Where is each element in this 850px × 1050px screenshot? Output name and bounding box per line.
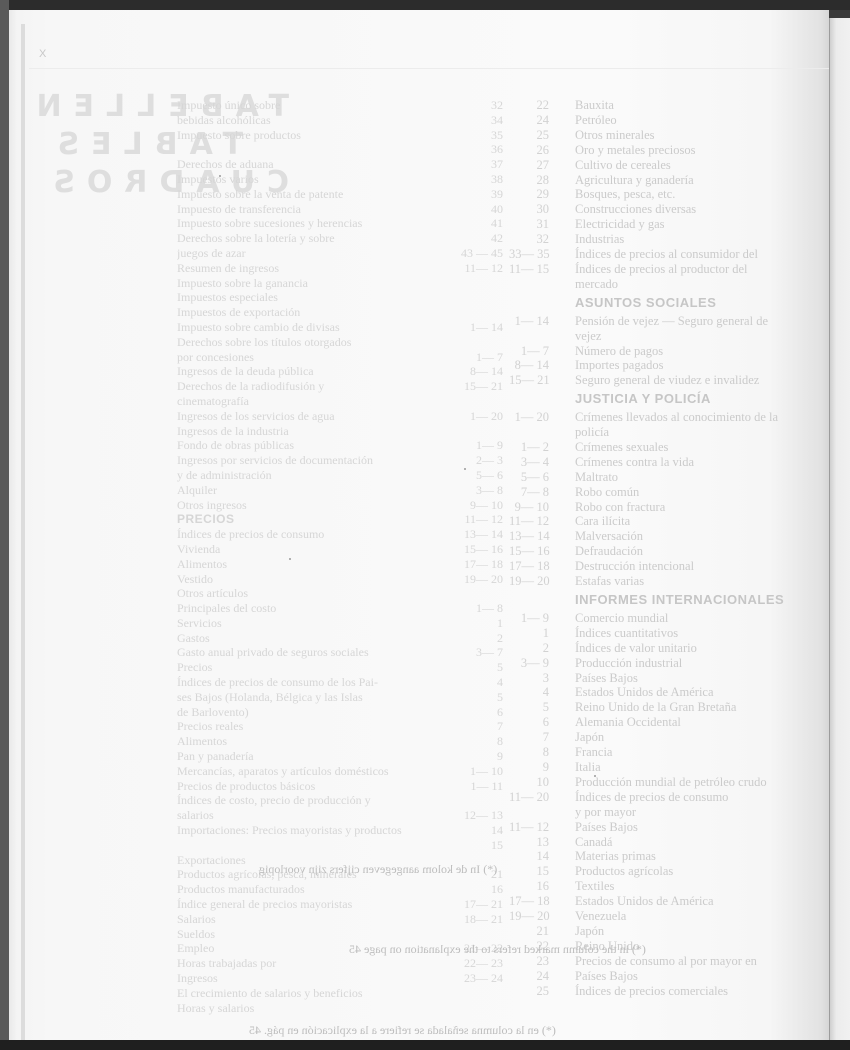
bleed-through-note: (*) en la columna señalada se refiere a … xyxy=(249,1023,556,1038)
entry-text: Índices cuantitativos xyxy=(575,626,678,640)
entry-text: Precios reales xyxy=(177,719,243,733)
entry-label: Índice general de precios mayoristas xyxy=(177,897,443,912)
index-entry: Países Bajos3 xyxy=(509,671,829,686)
entry-label: Índices de precios de consumo xyxy=(177,527,443,542)
entry-text: Defraudación xyxy=(575,544,643,558)
entry-text: Materias primas xyxy=(575,849,656,863)
entry-table-number: 1— 20 xyxy=(509,410,575,425)
entry-table-number: 7 xyxy=(509,730,575,745)
entry-table-number: 2— 3 xyxy=(443,453,507,468)
index-entry: Servicios1 xyxy=(177,616,507,631)
entry-text: Servicios xyxy=(177,616,222,630)
scan-speck xyxy=(289,558,291,560)
entry-text: Pensión de vejez — Seguro general de xyxy=(575,314,768,328)
index-entry: Salarios18— 21 xyxy=(177,912,507,927)
index-entry: Vestido19— 20 xyxy=(177,572,507,587)
entry-text: Impuesto sobre la venta de patente xyxy=(177,187,343,201)
index-entry: Ingresos de los servicios de agua1— 20 xyxy=(177,409,507,424)
entry-label: Francia xyxy=(575,745,829,760)
entry-table-number xyxy=(509,388,575,410)
entry-label: Materias primas xyxy=(575,849,829,864)
entry-label: Bauxita xyxy=(575,98,829,113)
entry-text: Vivienda xyxy=(177,542,220,556)
index-entry: Industrias32 xyxy=(509,232,829,247)
entry-table-number: 42 xyxy=(443,231,507,246)
entry-table-number: 32 xyxy=(443,98,507,113)
entry-table-number: 17— 21 xyxy=(443,897,507,912)
entry-label: Salarios xyxy=(177,912,443,927)
entry-table-number: 3 xyxy=(509,671,575,686)
entry-label xyxy=(177,838,443,853)
entry-text: Seguro general de viudez e invalidez xyxy=(575,373,759,387)
entry-table-number: 1— 2 xyxy=(509,440,575,455)
entry-table-number: 18— 21 xyxy=(443,912,507,927)
entry-text: Alimentos xyxy=(177,734,227,748)
entry-label: y por mayor xyxy=(575,805,829,820)
entry-text: Impuesto de transferencia xyxy=(177,202,301,216)
entry-label: Alimentos xyxy=(177,557,443,572)
entry-label: Venezuela xyxy=(575,909,829,924)
entry-table-number: 15— 16 xyxy=(443,542,507,557)
entry-label: Estados Unidos de América xyxy=(575,685,829,700)
entry-label: Japón xyxy=(575,924,829,939)
entry-text: Textiles xyxy=(575,879,614,893)
index-entry: Fondo de obras públicas1— 9 xyxy=(177,438,507,453)
entry-table-number: 19— 20 xyxy=(509,574,575,589)
entry-text: Precios xyxy=(177,660,212,674)
index-entry: Ingresos de la industria xyxy=(177,424,507,439)
entry-label: Índices de precios al consumidor del xyxy=(575,247,829,262)
entry-table-number: 2 xyxy=(443,631,507,646)
index-entry: Alquiler3— 8 xyxy=(177,483,507,498)
entry-label: Italia xyxy=(575,760,829,775)
entry-text: Otros artículos xyxy=(177,586,248,600)
entry-table-number: 7— 8 xyxy=(509,485,575,500)
entry-table-number: 25 xyxy=(509,128,575,143)
index-entry: de Barlovento)6 xyxy=(177,705,507,720)
entry-table-number: 1— 14 xyxy=(443,320,507,335)
entry-label: Ingresos de la deuda pública xyxy=(177,364,443,379)
entry-label: y de administración xyxy=(177,468,443,483)
entry-text: Estados Unidos de América xyxy=(575,685,714,699)
entry-text: Países Bajos xyxy=(575,969,638,983)
entry-label: Comercio mundial xyxy=(575,611,829,626)
index-entry: Países Bajos11— 12 xyxy=(509,820,829,835)
index-entry: Defraudación15— 16 xyxy=(509,544,829,559)
entry-text: Índices de valor unitario xyxy=(575,641,697,655)
entry-label: Construcciones diversas xyxy=(575,202,829,217)
entry-label: Otros artículos xyxy=(177,586,443,601)
entry-table-number: 15— 21 xyxy=(443,379,507,394)
index-entry: Horas trabajadas por22— 23 xyxy=(177,956,507,971)
index-entry: Ingresos23— 24 xyxy=(177,971,507,986)
entry-text: Resumen de ingresos xyxy=(177,261,279,275)
section-heading: III.PRECIOS11— 12 xyxy=(177,512,507,527)
entry-table-number: 27 xyxy=(509,158,575,173)
entry-table-number xyxy=(509,292,575,314)
entry-label: Derechos de la radiodifusión y xyxy=(177,379,443,394)
index-entry: Otros ingresos9— 10 xyxy=(177,498,507,513)
entry-table-number: 1— 14 xyxy=(509,314,575,329)
entry-table-number xyxy=(509,589,575,611)
index-entry: Pensión de vejez — Seguro general de1— 1… xyxy=(509,314,829,329)
section-heading: VI.JUSTICIA Y POLICÍA xyxy=(509,388,829,410)
entry-label: Alemania Occidental xyxy=(575,715,829,730)
index-entry: Impuesto sobre cambio de divisas1— 14 xyxy=(177,320,507,335)
index-entry: Precios reales7 xyxy=(177,719,507,734)
index-entry: Japón7 xyxy=(509,730,829,745)
entry-label: Alimentos xyxy=(177,734,443,749)
entry-label: Índices de precios de consumo de los Pai… xyxy=(177,675,443,690)
bleed-through-note: (*) in the column marked refers to the e… xyxy=(349,942,646,957)
entry-table-number: 9— 10 xyxy=(509,500,575,515)
index-entry: Productos manufacturados16 xyxy=(177,882,507,897)
index-entry: Impuestos varios38 xyxy=(177,172,507,187)
index-entry: Japón21 xyxy=(509,924,829,939)
entry-label: Productos agrícolas xyxy=(575,864,829,879)
index-entry: Índices de costo, precio de producción y xyxy=(177,793,507,808)
entry-label: Ingresos de la industria xyxy=(177,424,443,439)
entry-label: Precios de productos básicos xyxy=(177,779,443,794)
entry-table-number: 1— 8 xyxy=(443,601,507,616)
index-entry: Pan y panadería9 xyxy=(177,749,507,764)
entry-text: Fondo de obras públicas xyxy=(177,438,294,452)
entry-text: Impuesto único sobre xyxy=(177,98,280,112)
index-entry: Sueldos xyxy=(177,927,507,942)
entry-text: Italia xyxy=(575,760,601,774)
entry-text: Principales del costo xyxy=(177,601,276,615)
entry-text: Ingresos de la industria xyxy=(177,424,289,438)
entry-label: Países Bajos xyxy=(575,969,829,984)
entry-text: Crímenes contra la vida xyxy=(575,455,694,469)
entry-label: Agricultura y ganadería xyxy=(575,173,829,188)
index-entry: Producción industrial3— 9 xyxy=(509,656,829,671)
index-entry: Índices de precios de consumo13— 14 xyxy=(177,527,507,542)
entry-table-number: 5— 6 xyxy=(509,470,575,485)
entry-table-number: 17— 18 xyxy=(443,557,507,572)
entry-table-number: 31 xyxy=(509,217,575,232)
entry-label: Cultivo de cereales xyxy=(575,158,829,173)
entry-label: Vivienda xyxy=(177,542,443,557)
scan-speck xyxy=(219,175,221,177)
entry-table-number xyxy=(443,927,507,942)
index-entry: y por mayor xyxy=(509,805,829,820)
entry-label: Precios xyxy=(177,660,443,675)
entry-label: por concesiones xyxy=(177,350,443,365)
entry-text: Impuestos varios xyxy=(177,172,259,186)
entry-label: Crímenes contra la vida xyxy=(575,455,829,470)
entry-table-number: 11— 12 xyxy=(443,261,507,276)
index-entry: Italia9 xyxy=(509,760,829,775)
index-entry: Importaciones: Precios mayoristas y prod… xyxy=(177,823,507,838)
entry-label: Maltrato xyxy=(575,470,829,485)
entry-text: policía xyxy=(575,425,609,439)
entry-table-number: 22 xyxy=(509,98,575,113)
entry-text: Cara ilícita xyxy=(575,514,630,528)
entry-label: Precios reales xyxy=(177,719,443,734)
entry-label: Número de pagos xyxy=(575,344,829,359)
entry-label: Cara ilícita xyxy=(575,514,829,529)
index-entry: por concesiones1— 7 xyxy=(177,350,507,365)
entry-text: Venezuela xyxy=(575,909,626,923)
entry-table-number: 1 xyxy=(443,616,507,631)
entry-table-number: 36 xyxy=(443,142,507,157)
index-entry: Impuesto de transferencia40 xyxy=(177,202,507,217)
index-entry: Principales del costo1— 8 xyxy=(177,601,507,616)
entry-table-number: 15 xyxy=(443,838,507,853)
index-entry: Horas y salarios xyxy=(177,1001,507,1016)
section-heading: V.ASUNTOS SOCIALES xyxy=(509,292,829,314)
index-entry: Importes pagados8— 14 xyxy=(509,358,829,373)
entry-label: Horas trabajadas por xyxy=(177,956,443,971)
index-entry: Cara ilícita11— 12 xyxy=(509,514,829,529)
entry-table-number: 6 xyxy=(443,705,507,720)
entry-text: Impuestos de exportación xyxy=(177,305,300,319)
index-entry: Derechos sobre la lotería y sobre42 xyxy=(177,231,507,246)
entry-label: Ingresos de los servicios de agua xyxy=(177,409,443,424)
entry-label: Crímenes llevados al conocimiento de la xyxy=(575,410,829,425)
entry-text: y de administración xyxy=(177,468,272,482)
index-entry: Derechos de aduana37 xyxy=(177,157,507,172)
entry-text: Alquiler xyxy=(177,483,217,497)
entry-table-number: 14 xyxy=(509,849,575,864)
entry-table-number: 8— 14 xyxy=(509,358,575,373)
entry-label: Índices cuantitativos xyxy=(575,626,829,641)
entry-table-number: 3— 4 xyxy=(509,455,575,470)
entry-table-number xyxy=(509,329,575,344)
entry-text: Malversación xyxy=(575,529,643,543)
next-page-edge xyxy=(829,18,850,1040)
index-entry: Construcciones diversas30 xyxy=(509,202,829,217)
entry-text: Canadá xyxy=(575,835,612,849)
entry-text: Estados Unidos de América xyxy=(575,894,714,908)
index-entry: Impuestos especiales xyxy=(177,290,507,305)
entry-text: Robo con fractura xyxy=(575,500,665,514)
index-entry: mercado xyxy=(509,277,829,292)
entry-table-number: 9 xyxy=(509,760,575,775)
index-entry: Alemania Occidental6 xyxy=(509,715,829,730)
index-entry: salarios12— 13 xyxy=(177,808,507,823)
entry-table-number: 15— 16 xyxy=(509,544,575,559)
index-entry: Cultivo de cereales27 xyxy=(509,158,829,173)
entry-label: salarios xyxy=(177,808,443,823)
entry-label: Producción mundial de petróleo crudo xyxy=(575,775,829,790)
index-entry: Impuesto sobre la ganancia xyxy=(177,276,507,291)
entry-label: Crímenes sexuales xyxy=(575,440,829,455)
entry-table-number: 3— 8 xyxy=(443,483,507,498)
entry-label: vejez xyxy=(575,329,829,344)
entry-table-number: 9— 10 xyxy=(443,498,507,513)
entry-text: Construcciones diversas xyxy=(575,202,696,216)
entry-table-number: 1 xyxy=(509,626,575,641)
entry-table-number: 33— 35 xyxy=(509,247,575,262)
entry-table-number: 13 xyxy=(509,835,575,850)
index-entry: Electricidad y gas31 xyxy=(509,217,829,232)
entry-label: juegos de azar xyxy=(177,246,443,261)
entry-text: y por mayor xyxy=(575,805,636,819)
entry-text: PRECIOS xyxy=(177,512,235,526)
entry-label: Robo con fractura xyxy=(575,500,829,515)
entry-table-number: 8 xyxy=(443,734,507,749)
index-entry: Crímenes sexuales1— 2 xyxy=(509,440,829,455)
entry-table-number xyxy=(509,805,575,820)
index-entry: Derechos sobre los títulos otorgados xyxy=(177,335,507,350)
entry-text: ses Bajos (Holanda, Bélgica y las Islas xyxy=(177,690,363,704)
index-entry: y de administración5— 6 xyxy=(177,468,507,483)
entry-text: Índices de precios al productor del xyxy=(575,262,748,276)
entry-label: Resumen de ingresos xyxy=(177,261,443,276)
right-index-column: Bauxita22Petróleo24Otros minerales25Oro … xyxy=(509,98,829,998)
entry-text: Cultivo de cereales xyxy=(575,158,671,172)
entry-text: Impuestos especiales xyxy=(177,290,278,304)
entry-label: Canadá xyxy=(575,835,829,850)
entry-text: Producción industrial xyxy=(575,656,682,670)
index-entry: Reino Unido de la Gran Bretaña5 xyxy=(509,700,829,715)
entry-label: VI.JUSTICIA Y POLICÍA xyxy=(575,388,829,410)
entry-text: Ingresos por servicios de documentación xyxy=(177,453,373,467)
entry-text: Índices de precios de consumo xyxy=(177,527,324,541)
entry-label: Impuestos especiales xyxy=(177,290,443,305)
index-entry: Robo con fractura9— 10 xyxy=(509,500,829,515)
entry-label: Ingresos xyxy=(177,971,443,986)
entry-label: Impuesto sobre cambio de divisas xyxy=(177,320,443,335)
entry-text: Reino Unido de la Gran Bretaña xyxy=(575,700,736,714)
entry-text: Índices de precios de consumo de los Pai… xyxy=(177,675,378,689)
entry-table-number: 13— 14 xyxy=(509,529,575,544)
index-entry: Estados Unidos de América4 xyxy=(509,685,829,700)
entry-text: Francia xyxy=(575,745,612,759)
entry-table-number: 23— 24 xyxy=(443,971,507,986)
entry-text: de Barlovento) xyxy=(177,705,249,719)
entry-table-number: 37 xyxy=(443,157,507,172)
entry-label: Índices de precios al productor del xyxy=(575,262,829,277)
entry-text: Alimentos xyxy=(177,557,227,571)
entry-text: Derechos de la radiodifusión y xyxy=(177,379,324,393)
index-entry: Materias primas14 xyxy=(509,849,829,864)
entry-label: Impuesto sobre la ganancia xyxy=(177,276,443,291)
entry-text: Derechos sobre los títulos otorgados xyxy=(177,335,351,349)
entry-text: Electricidad y gas xyxy=(575,217,665,231)
entry-table-number: 11— 12 xyxy=(509,820,575,835)
index-entry: Índices de precios al productor del11— 1… xyxy=(509,262,829,277)
page-number: X xyxy=(39,48,46,60)
entry-text: Índices de precios de consumo xyxy=(575,790,728,804)
entry-text: INFORMES INTERNACIONALES xyxy=(575,592,784,607)
entry-text: salarios xyxy=(177,808,214,822)
index-entry: Estados Unidos de América17— 18 xyxy=(509,894,829,909)
document-page: X TABELLEN TABLES CUADROS Impuesto único… xyxy=(9,10,829,1040)
index-entry: 15 xyxy=(177,838,507,853)
index-entry: 36 xyxy=(177,142,507,157)
index-entry: juegos de azar43 — 45 xyxy=(177,246,507,261)
index-entry: Índices de precios de consumo de los Pai… xyxy=(177,675,507,690)
entry-table-number: 5 xyxy=(443,690,507,705)
entry-table-number: 1— 10 xyxy=(443,764,507,779)
index-entry: Índices de precios de consumo11— 20 xyxy=(509,790,829,805)
entry-text: Horas trabajadas por xyxy=(177,956,276,970)
scan-border-bottom xyxy=(0,1040,850,1050)
entry-label: Fondo de obras públicas xyxy=(177,438,443,453)
entry-table-number: 1— 9 xyxy=(509,611,575,626)
index-entry: Oro y metales preciosos26 xyxy=(509,143,829,158)
index-entry: Venezuela19— 20 xyxy=(509,909,829,924)
index-entry: Países Bajos24 xyxy=(509,969,829,984)
entry-text: Ingresos de los servicios de agua xyxy=(177,409,335,423)
entry-label: Oro y metales preciosos xyxy=(575,143,829,158)
entry-text: Destrucción intencional xyxy=(575,559,694,573)
index-entry: Ingresos por servicios de documentación2… xyxy=(177,453,507,468)
entry-text: El crecimiento de salarios y beneficios xyxy=(177,986,363,1000)
entry-label: Mercancías, aparatos y artículos domésti… xyxy=(177,764,443,779)
entry-text: Robo común xyxy=(575,485,639,499)
index-entry: Precios5 xyxy=(177,660,507,675)
entry-table-number: 25 xyxy=(509,984,575,999)
entry-label: Importaciones: Precios mayoristas y prod… xyxy=(177,823,443,838)
entry-table-number: 39 xyxy=(443,187,507,202)
entry-table-number: 1— 9 xyxy=(443,438,507,453)
entry-label: Textiles xyxy=(575,879,829,894)
index-entry: policía xyxy=(509,425,829,440)
index-entry: Alimentos8 xyxy=(177,734,507,749)
scan-border-top xyxy=(0,0,850,10)
entry-label: Índices de precios comerciales xyxy=(575,984,829,999)
entry-label: Pan y panadería xyxy=(177,749,443,764)
entry-label: Otros ingresos xyxy=(177,498,443,513)
index-entry: Francia8 xyxy=(509,745,829,760)
entry-table-number: 1— 20 xyxy=(443,409,507,424)
index-entry: Destrucción intencional17— 18 xyxy=(509,559,829,574)
entry-label: Malversación xyxy=(575,529,829,544)
index-entry: Agricultura y ganadería28 xyxy=(509,173,829,188)
entry-label: El crecimiento de salarios y beneficios xyxy=(177,986,443,1001)
entry-label: Servicios xyxy=(177,616,443,631)
entry-table-number: 41 xyxy=(443,216,507,231)
entry-text: juegos de azar xyxy=(177,246,246,260)
entry-label: Principales del costo xyxy=(177,601,443,616)
entry-table-number: 4 xyxy=(443,675,507,690)
index-entry: Otros artículos xyxy=(177,586,507,601)
entry-table-number: 11— 20 xyxy=(509,790,575,805)
entry-table-number: 2 xyxy=(509,641,575,656)
entry-label: Japón xyxy=(575,730,829,745)
entry-table-number: 40 xyxy=(443,202,507,217)
entry-label: Gastos xyxy=(177,631,443,646)
entry-table-number: 19— 20 xyxy=(443,572,507,587)
index-entry: Alimentos17— 18 xyxy=(177,557,507,572)
entry-text: Índices de precios al consumidor del xyxy=(575,247,758,261)
index-entry: cinematografía xyxy=(177,394,507,409)
entry-label: X.INFORMES INTERNACIONALES xyxy=(575,589,829,611)
entry-text: Comercio mundial xyxy=(575,611,668,625)
index-entry: El crecimiento de salarios y beneficios xyxy=(177,986,507,1001)
entry-table-number: 1— 11 xyxy=(443,779,507,794)
entry-table-number: 5— 6 xyxy=(443,468,507,483)
entry-table-number: 32 xyxy=(509,232,575,247)
entry-label: Seguro general de viudez e invalidez xyxy=(575,373,829,388)
entry-text: Ingresos xyxy=(177,971,218,985)
entry-table-number: 8 xyxy=(509,745,575,760)
entry-text: Japón xyxy=(575,730,604,744)
index-entry: Índices de precios al consumidor del33— … xyxy=(509,247,829,262)
entry-label: Impuestos varios xyxy=(177,172,443,187)
entry-table-number: 7 xyxy=(443,719,507,734)
index-entry: Mercancías, aparatos y artículos domésti… xyxy=(177,764,507,779)
entry-text: Ingresos de la deuda pública xyxy=(177,364,314,378)
entry-table-number: 24 xyxy=(509,113,575,128)
entry-table-number: 6 xyxy=(509,715,575,730)
index-entry: Crímenes contra la vida3— 4 xyxy=(509,455,829,470)
entry-text: Impuesto sobre sucesiones y herencias xyxy=(177,216,362,230)
